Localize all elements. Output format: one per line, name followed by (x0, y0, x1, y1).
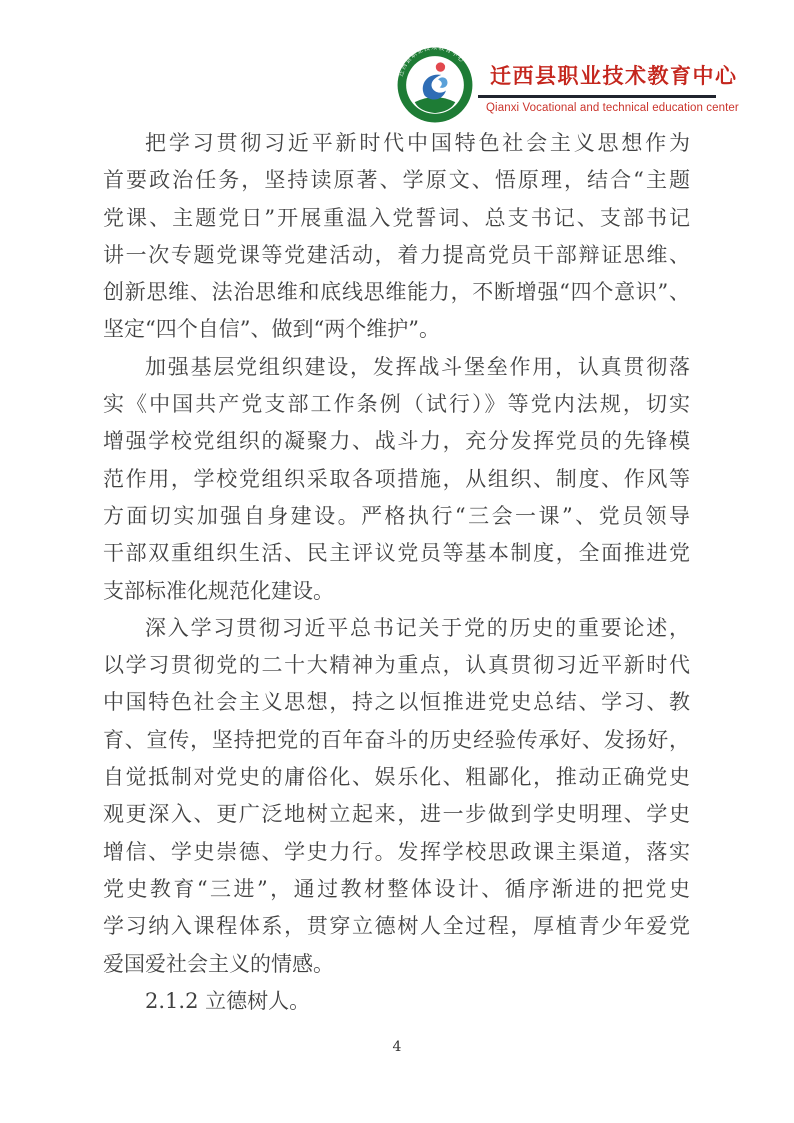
body-text: 把学习贯彻习近平新时代中国特色社会主义思想作为首要政治任务，坚持读原著、学原文、… (103, 125, 690, 1020)
text-line: 支部标准化规范化建设。 (103, 573, 690, 610)
text-line: 方面切实加强自身建设。严格执行“三会一课”、党员领导 (103, 498, 690, 535)
text-line: 实《中国共产党支部工作条例（试行）》等党内法规，切实 (103, 386, 690, 423)
text-line: 学习纳入课程体系，贯穿立德树人全过程，厚植青少年爱党 (103, 908, 690, 945)
letterhead-title-block: 迁西县职业技术教育中心 Qianxi Vocational and techni… (486, 56, 739, 114)
school-logo-icon: 迁西县职业技术教育中心 (396, 46, 474, 124)
logo-red-ball-icon (436, 62, 445, 71)
text-line: 中国特色社会主义思想，持之以恒推进党史总结、学习、教 (103, 684, 690, 721)
page-footer: 4 (0, 1036, 794, 1055)
text-line: 坚定“四个自信”、做到“两个维护”。 (103, 311, 690, 348)
text-line: 自觉抵制对党史的庸俗化、娱乐化、粗鄙化，推动正确党史 (103, 759, 690, 796)
document-page: 迁西县职业技术教育中心 迁西县职业技术教育中心 Qianxi Vocationa… (0, 0, 794, 1123)
text-line: 范作用，学校党组织采取各项措施，从组织、制度、作风等 (103, 461, 690, 498)
text-line: 党史教育“三进”，通过教材整体设计、循序渐进的把党史 (103, 871, 690, 908)
text-line: 2.1.2 立德树人。 (103, 983, 690, 1020)
text-line: 讲一次专题党课等党建活动，着力提高党员干部辩证思维、 (103, 237, 690, 274)
text-line: 首要政治任务，坚持读原著、学原文、悟原理，结合“主题 (103, 162, 690, 199)
text-line: 以学习贯彻党的二十大精神为重点，认真贯彻习近平新时代 (103, 647, 690, 684)
text-line: 育、宣传，坚持把党的百年奋斗的历史经验传承好、发扬好， (103, 722, 690, 759)
text-line: 爱国爱社会主义的情感。 (103, 946, 690, 983)
letterhead: 迁西县职业技术教育中心 迁西县职业技术教育中心 Qianxi Vocationa… (396, 46, 739, 124)
text-line: 深入学习贯彻习近平总书记关于党的历史的重要论述， (103, 610, 690, 647)
text-line: 增信、学史崇德、学史力行。发挥学校思政课主渠道，落实 (103, 834, 690, 871)
text-line: 观更深入、更广泛地树立起来，进一步做到学史明理、学史 (103, 796, 690, 833)
org-name-chinese: 迁西县职业技术教育中心 (486, 60, 739, 90)
letterhead-divider (478, 95, 716, 98)
text-line: 干部双重组织生活、民主评议党员等基本制度，全面推进党 (103, 535, 690, 572)
page-number: 4 (393, 1039, 402, 1055)
org-name-english: Qianxi Vocational and technical educatio… (486, 102, 739, 114)
text-line: 加强基层党组织建设，发挥战斗堡垒作用，认真贯彻落 (103, 349, 690, 386)
text-line: 党课、主题党日”开展重温入党誓词、总支书记、支部书记 (103, 200, 690, 237)
text-line: 创新思维、法治思维和底线思维能力，不断增强“四个意识”、 (103, 274, 690, 311)
text-line: 把学习贯彻习近平新时代中国特色社会主义思想作为 (103, 125, 690, 162)
text-line: 增强学校党组织的凝聚力、战斗力，充分发挥党员的先锋模 (103, 423, 690, 460)
